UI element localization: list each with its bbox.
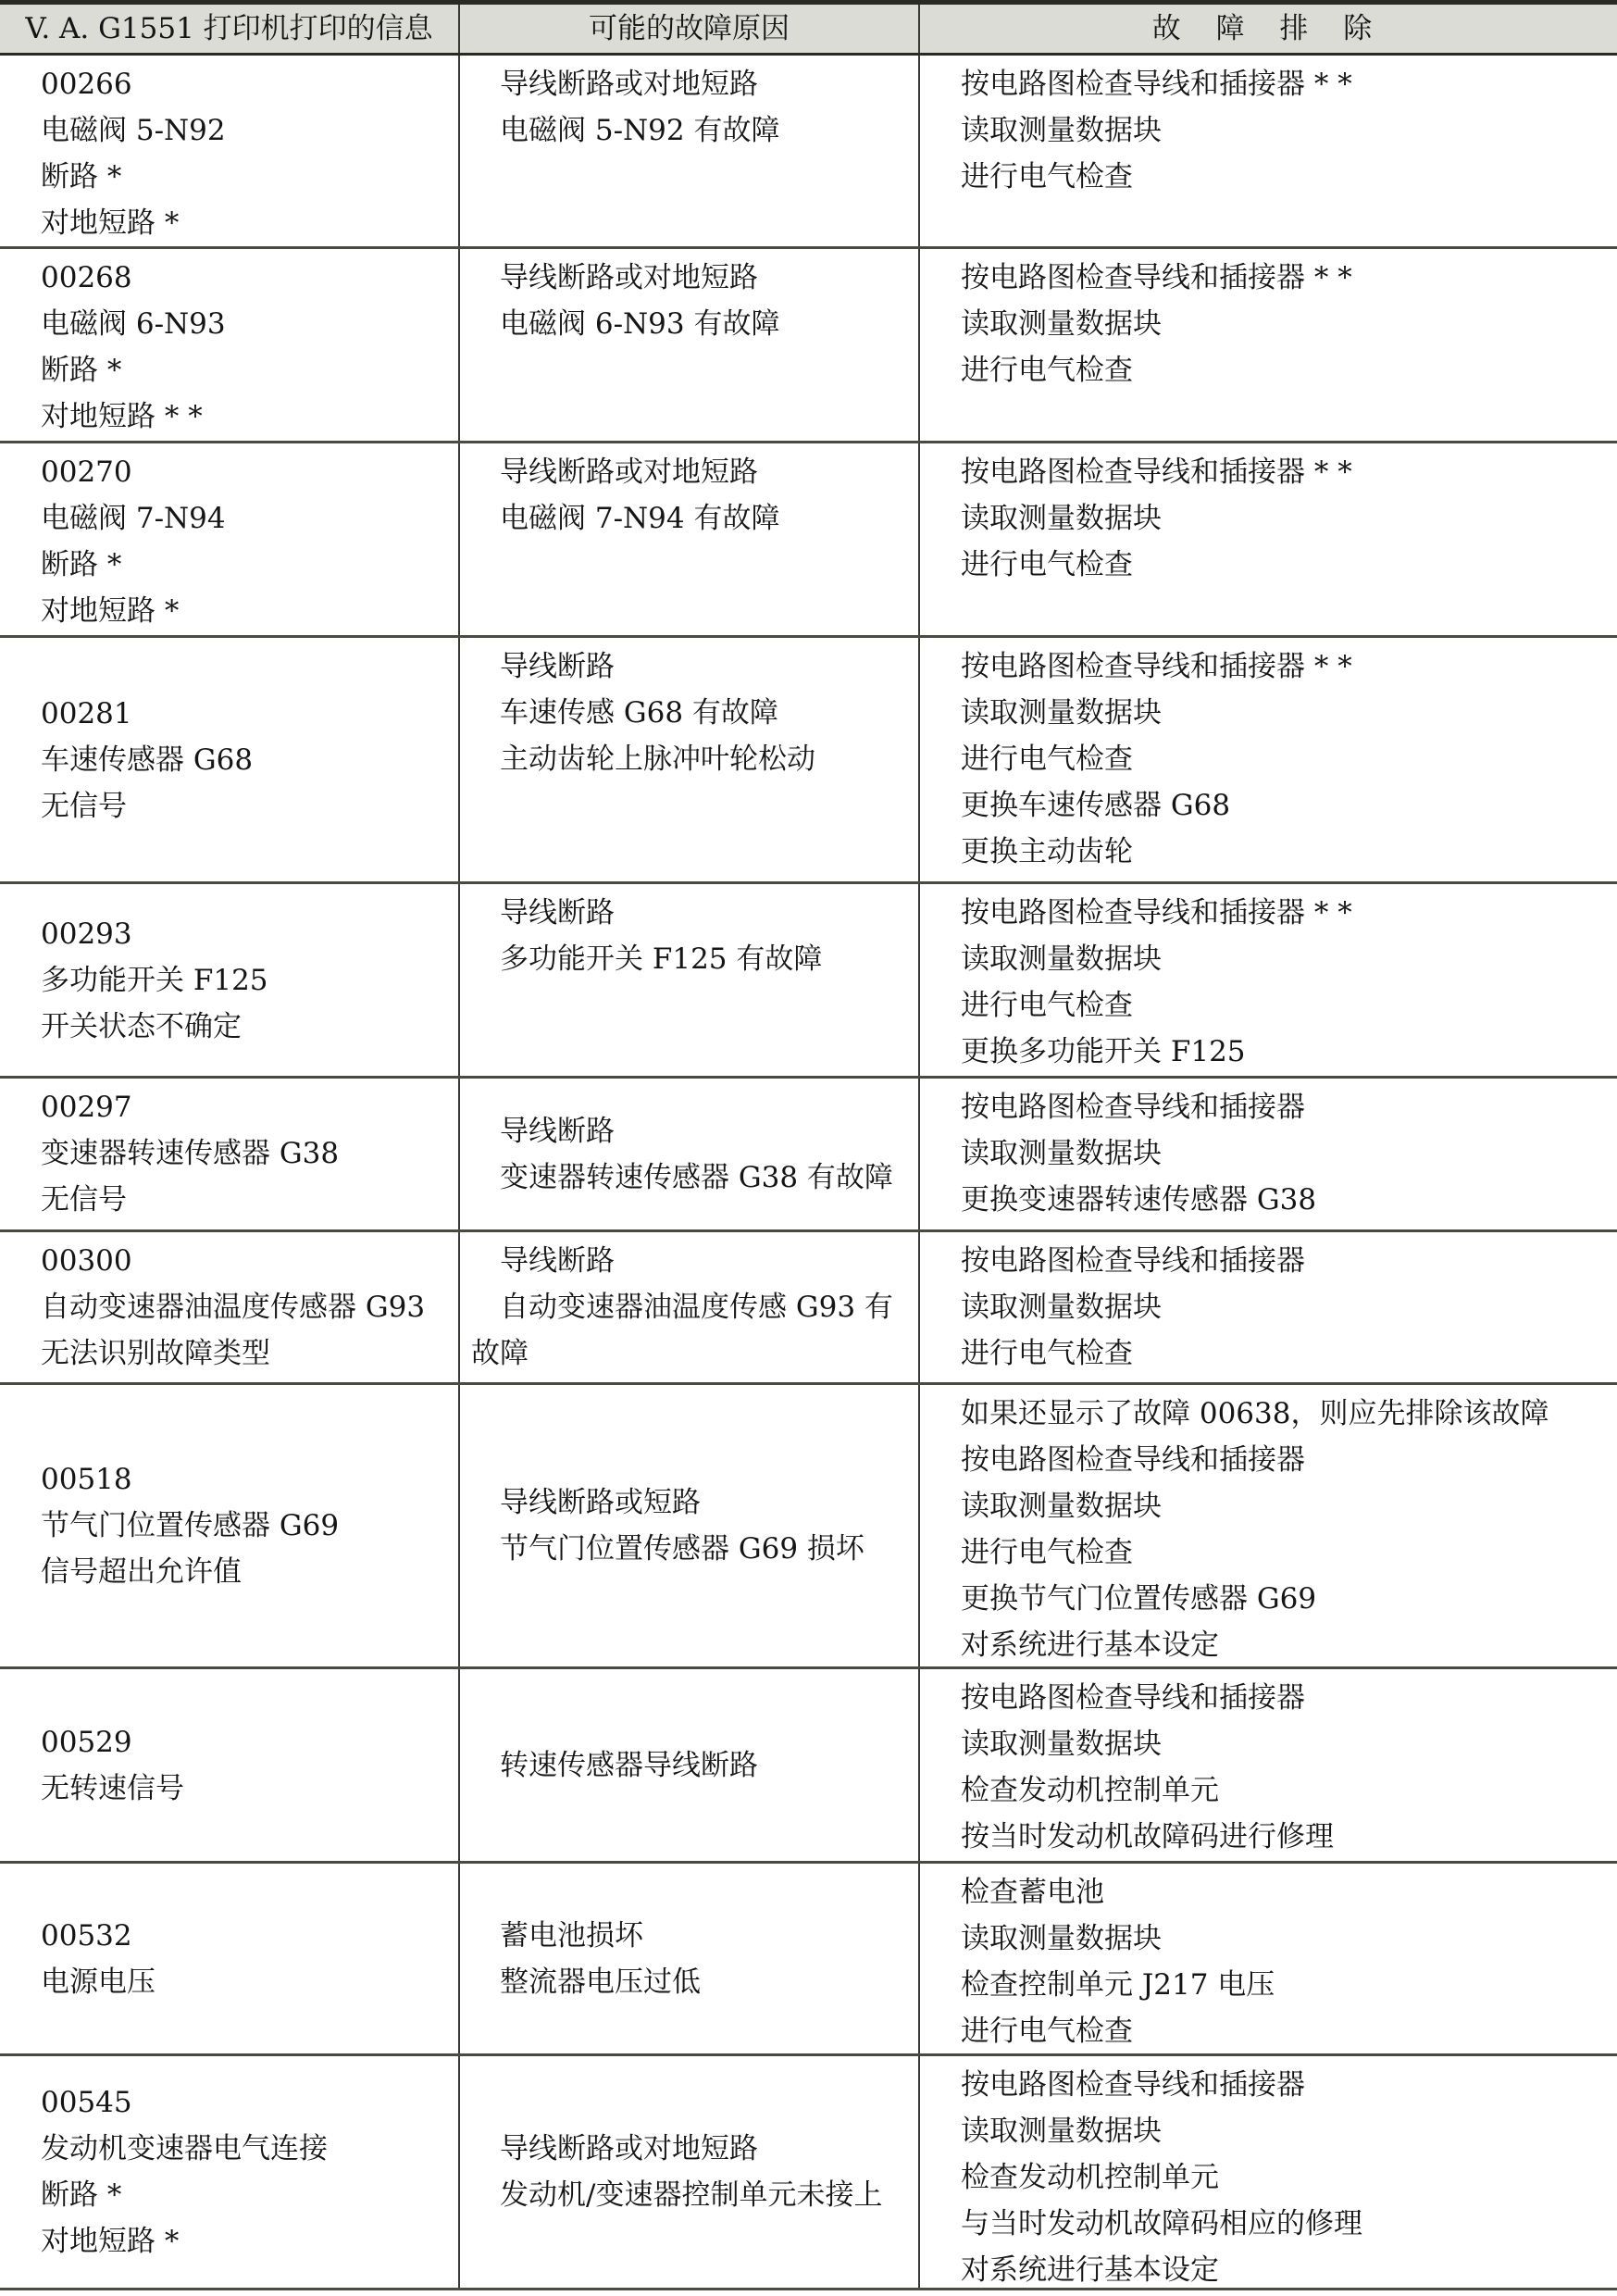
cell-line: 对地短路 *: [41, 2218, 458, 2265]
table-row: 00297变速器转速传感器 G38无信号导线断路变速器转速传感器 G38 有故障…: [0, 1079, 1617, 1232]
cell-line: 自动变速器油温度传感 G93 有故障: [471, 1284, 911, 1377]
table-row: 00518节气门位置传感器 G69信号超出允许值导线断路或短路节气门位置传感器 …: [0, 1385, 1617, 1669]
cell-line: 节气门位置传感器 G69 损坏: [471, 1526, 911, 1572]
cell-line: 00529: [41, 1719, 458, 1766]
table-body: 00266电磁阀 5-N92断路 *对地短路 *导线断路或对地短路电磁阀 5-N…: [0, 56, 1617, 2290]
cell-line: 按电路图检查导线和插接器: [961, 1675, 1617, 1721]
table-row: 00270电磁阀 7-N94断路 *对地短路 *导线断路或对地短路电磁阀 7-N…: [0, 443, 1617, 638]
header-remedy: 故 障 排 除: [920, 5, 1617, 53]
header-label: 故 障 排 除: [1152, 5, 1386, 53]
cell-possible-cause: 导线断路或对地短路电磁阀 5-N92 有故障: [460, 56, 920, 246]
cell-line: 多功能开关 F125: [41, 957, 458, 1004]
cell-possible-cause: 导线断路多功能开关 F125 有故障: [460, 884, 920, 1076]
cell-line: 按电路图检查导线和插接器: [961, 1437, 1617, 1483]
cell-line: 进行电气检查: [961, 736, 1617, 782]
cell-line: 转速传感器导线断路: [471, 1742, 911, 1789]
cell-line: 进行电气检查: [961, 347, 1617, 393]
cell-possible-cause: 导线断路或对地短路电磁阀 7-N94 有故障: [460, 443, 920, 635]
header-label: V. A. G1551 打印机打印的信息: [25, 5, 432, 53]
cell-line: 读取测量数据块: [961, 690, 1617, 736]
cell-printer-message: 00518节气门位置传感器 G69信号超出允许值: [0, 1385, 460, 1666]
cell-possible-cause: 导线断路或对地短路发动机/变速器控制单元未接上: [460, 2056, 920, 2288]
cell-line: 进行电气检查: [961, 154, 1617, 200]
cell-line: 检查发动机控制单元: [961, 2154, 1617, 2201]
header-possible-cause: 可能的故障原因: [460, 5, 920, 53]
cell-line: 00268: [41, 255, 458, 301]
cell-printer-message: 00529无转速信号: [0, 1669, 460, 1861]
cell-line: 按电路图检查导线和插接器 * *: [961, 61, 1617, 107]
cell-possible-cause: 导线断路或对地短路电磁阀 6-N93 有故障: [460, 249, 920, 441]
cell-line: 按电路图检查导线和插接器 * *: [961, 643, 1617, 690]
cell-line: 整流器电压过低: [471, 1959, 911, 2005]
cell-line: 按当时发动机故障码进行修理: [961, 1814, 1617, 1860]
cell-line: 变速器转速传感器 G38: [41, 1130, 458, 1177]
cell-line: 主动齿轮上脉冲叶轮松动: [471, 736, 911, 782]
cell-line: 00545: [41, 2079, 458, 2126]
cell-remedy: 按电路图检查导线和插接器 * *读取测量数据块进行电气检查: [920, 443, 1617, 635]
cell-line: 检查控制单元 J217 电压: [961, 1962, 1617, 2008]
cell-line: 读取测量数据块: [961, 107, 1617, 154]
cell-line: 如果还显示了故障 00638，则应先排除该故障: [961, 1391, 1617, 1437]
table-row: 00281车速传感器 G68无信号导线断路车速传感 G68 有故障主动齿轮上脉冲…: [0, 638, 1617, 884]
cell-line: 车速传感 G68 有故障: [471, 690, 911, 736]
cell-line: 断路 *: [41, 154, 458, 200]
cell-printer-message: 00297变速器转速传感器 G38无信号: [0, 1079, 460, 1229]
cell-remedy: 按电路图检查导线和插接器读取测量数据块更换变速器转速传感器 G38: [920, 1079, 1617, 1229]
cell-line: 断路 *: [41, 2172, 458, 2218]
cell-line: 读取测量数据块: [961, 2108, 1617, 2154]
cell-line: 自动变速器油温度传感器 G93: [41, 1284, 458, 1330]
header-printer-message: V. A. G1551 打印机打印的信息: [0, 5, 460, 53]
cell-line: 无转速信号: [41, 1766, 458, 1812]
cell-remedy: 如果还显示了故障 00638，则应先排除该故障按电路图检查导线和插接器读取测量数…: [920, 1385, 1617, 1666]
cell-line: 电磁阀 5-N92: [41, 107, 458, 154]
cell-line: 更换节气门位置传感器 G69: [961, 1576, 1617, 1622]
table-header-row: V. A. G1551 打印机打印的信息 可能的故障原因 故 障 排 除: [0, 0, 1617, 56]
cell-line: 导线断路: [471, 1108, 911, 1154]
cell-line: 节气门位置传感器 G69: [41, 1503, 458, 1549]
cell-remedy: 按电路图检查导线和插接器 * *读取测量数据块进行电气检查: [920, 249, 1617, 441]
cell-possible-cause: 转速传感器导线断路: [460, 1669, 920, 1861]
cell-line: 进行电气检查: [961, 1529, 1617, 1576]
cell-line: 按电路图检查导线和插接器: [961, 2062, 1617, 2108]
cell-remedy: 按电路图检查导线和插接器 * *读取测量数据块进行电气检查更换多功能开关 F12…: [920, 884, 1617, 1076]
cell-printer-message: 00293多功能开关 F125开关状态不确定: [0, 884, 460, 1076]
cell-line: 无信号: [41, 783, 458, 830]
cell-remedy: 按电路图检查导线和插接器 * *读取测量数据块进行电气检查: [920, 56, 1617, 246]
header-label: 可能的故障原因: [589, 5, 790, 53]
cell-printer-message: 00300自动变速器油温度传感器 G93无法识别故障类型: [0, 1232, 460, 1382]
cell-line: 对系统进行基本设定: [961, 1622, 1617, 1668]
cell-line: 多功能开关 F125 有故障: [471, 936, 911, 982]
cell-line: 读取测量数据块: [961, 1284, 1617, 1330]
cell-line: 进行电气检查: [961, 1330, 1617, 1377]
cell-remedy: 按电路图检查导线和插接器读取测量数据块进行电气检查: [920, 1232, 1617, 1382]
cell-line: 进行电气检查: [961, 542, 1617, 588]
table-row: 00300自动变速器油温度传感器 G93无法识别故障类型导线断路自动变速器油温度…: [0, 1232, 1617, 1385]
cell-line: 导线断路: [471, 890, 911, 936]
cell-printer-message: 00268电磁阀 6-N93断路 *对地短路 * *: [0, 249, 460, 441]
cell-line: 导线断路: [471, 1238, 911, 1284]
cell-line: 导线断路或短路: [471, 1479, 911, 1526]
cell-possible-cause: 导线断路车速传感 G68 有故障主动齿轮上脉冲叶轮松动: [460, 638, 920, 881]
cell-line: 对地短路 *: [41, 588, 458, 634]
cell-possible-cause: 蓄电池损坏整流器电压过低: [460, 1864, 920, 2053]
table-row: 00268电磁阀 6-N93断路 *对地短路 * *导线断路或对地短路电磁阀 6…: [0, 249, 1617, 443]
cell-line: 按电路图检查导线和插接器 * *: [961, 449, 1617, 495]
cell-line: 进行电气检查: [961, 982, 1617, 1029]
cell-line: 按电路图检查导线和插接器 * *: [961, 255, 1617, 301]
cell-line: 更换车速传感器 G68: [961, 782, 1617, 829]
cell-line: 无法识别故障类型: [41, 1330, 458, 1377]
cell-line: 导线断路或对地短路: [471, 61, 911, 107]
cell-remedy: 按电路图检查导线和插接器 * *读取测量数据块进行电气检查更换车速传感器 G68…: [920, 638, 1617, 881]
cell-line: 检查蓄电池: [961, 1869, 1617, 1915]
cell-line: 检查发动机控制单元: [961, 1767, 1617, 1814]
cell-line: 进行电气检查: [961, 2008, 1617, 2054]
cell-line: 更换主动齿轮: [961, 829, 1617, 875]
cell-line: 读取测量数据块: [961, 1721, 1617, 1767]
cell-line: 读取测量数据块: [961, 936, 1617, 982]
cell-line: 按电路图检查导线和插接器: [961, 1238, 1617, 1284]
cell-line: 对地短路 * *: [41, 393, 458, 440]
cell-line: 导线断路或对地短路: [471, 449, 911, 495]
cell-line: 读取测量数据块: [961, 1130, 1617, 1177]
table-row: 00545发动机变速器电气连接断路 *对地短路 *导线断路或对地短路发动机/变速…: [0, 2056, 1617, 2290]
cell-remedy: 检查蓄电池读取测量数据块检查控制单元 J217 电压进行电气检查: [920, 1864, 1617, 2053]
cell-line: 导线断路: [471, 643, 911, 690]
cell-printer-message: 00532电源电压: [0, 1864, 460, 2053]
cell-line: 与当时发动机故障码相应的修理: [961, 2201, 1617, 2247]
cell-line: 信号超出允许值: [41, 1549, 458, 1595]
cell-line: 读取测量数据块: [961, 1915, 1617, 1962]
cell-line: 导线断路或对地短路: [471, 2126, 911, 2172]
cell-line: 蓄电池损坏: [471, 1913, 911, 1959]
cell-line: 00266: [41, 61, 458, 107]
cell-printer-message: 00270电磁阀 7-N94断路 *对地短路 *: [0, 443, 460, 635]
cell-printer-message: 00281车速传感器 G68无信号: [0, 638, 460, 881]
cell-line: 电磁阀 7-N94 有故障: [471, 495, 911, 542]
cell-line: 00518: [41, 1456, 458, 1503]
cell-line: 00293: [41, 911, 458, 957]
cell-printer-message: 00545发动机变速器电气连接断路 *对地短路 *: [0, 2056, 460, 2288]
fault-code-table: V. A. G1551 打印机打印的信息 可能的故障原因 故 障 排 除 002…: [0, 0, 1617, 2290]
cell-possible-cause: 导线断路变速器转速传感器 G38 有故障: [460, 1079, 920, 1229]
cell-line: 更换变速器转速传感器 G38: [961, 1177, 1617, 1223]
table-row: 00266电磁阀 5-N92断路 *对地短路 *导线断路或对地短路电磁阀 5-N…: [0, 56, 1617, 249]
cell-line: 断路 *: [41, 347, 458, 393]
cell-line: 对地短路 *: [41, 200, 458, 246]
cell-line: 00300: [41, 1238, 458, 1284]
cell-line: 开关状态不确定: [41, 1004, 458, 1050]
table-row: 00293多功能开关 F125开关状态不确定导线断路多功能开关 F125 有故障…: [0, 884, 1617, 1079]
cell-line: 对系统进行基本设定: [961, 2247, 1617, 2293]
cell-line: 发动机变速器电气连接: [41, 2126, 458, 2172]
cell-line: 读取测量数据块: [961, 301, 1617, 347]
cell-line: 更换多功能开关 F125: [961, 1029, 1617, 1075]
cell-line: 导线断路或对地短路: [471, 255, 911, 301]
cell-line: 00297: [41, 1084, 458, 1130]
cell-line: 电磁阀 5-N92 有故障: [471, 107, 911, 154]
cell-line: 电源电压: [41, 1959, 458, 2005]
cell-line: 无信号: [41, 1177, 458, 1223]
cell-line: 00270: [41, 449, 458, 495]
cell-line: 按电路图检查导线和插接器 * *: [961, 890, 1617, 936]
cell-line: 发动机/变速器控制单元未接上: [471, 2172, 911, 2218]
cell-line: 00281: [41, 691, 458, 737]
cell-remedy: 按电路图检查导线和插接器读取测量数据块检查发动机控制单元与当时发动机故障码相应的…: [920, 2056, 1617, 2288]
cell-line: 00532: [41, 1913, 458, 1959]
table-row: 00529无转速信号转速传感器导线断路按电路图检查导线和插接器读取测量数据块检查…: [0, 1669, 1617, 1864]
cell-line: 断路 *: [41, 542, 458, 588]
cell-line: 车速传感器 G68: [41, 737, 458, 783]
cell-line: 读取测量数据块: [961, 1483, 1617, 1529]
cell-line: 变速器转速传感器 G38 有故障: [471, 1154, 911, 1201]
table-row: 00532电源电压蓄电池损坏整流器电压过低检查蓄电池读取测量数据块检查控制单元 …: [0, 1864, 1617, 2056]
cell-line: 电磁阀 7-N94: [41, 495, 458, 542]
cell-printer-message: 00266电磁阀 5-N92断路 *对地短路 *: [0, 56, 460, 246]
cell-line: 电磁阀 6-N93 有故障: [471, 301, 911, 347]
cell-remedy: 按电路图检查导线和插接器读取测量数据块检查发动机控制单元按当时发动机故障码进行修…: [920, 1669, 1617, 1861]
cell-possible-cause: 导线断路或短路节气门位置传感器 G69 损坏: [460, 1385, 920, 1666]
cell-line: 按电路图检查导线和插接器: [961, 1084, 1617, 1130]
cell-line: 读取测量数据块: [961, 495, 1617, 542]
cell-possible-cause: 导线断路自动变速器油温度传感 G93 有故障: [460, 1232, 920, 1382]
cell-line: 电磁阀 6-N93: [41, 301, 458, 347]
